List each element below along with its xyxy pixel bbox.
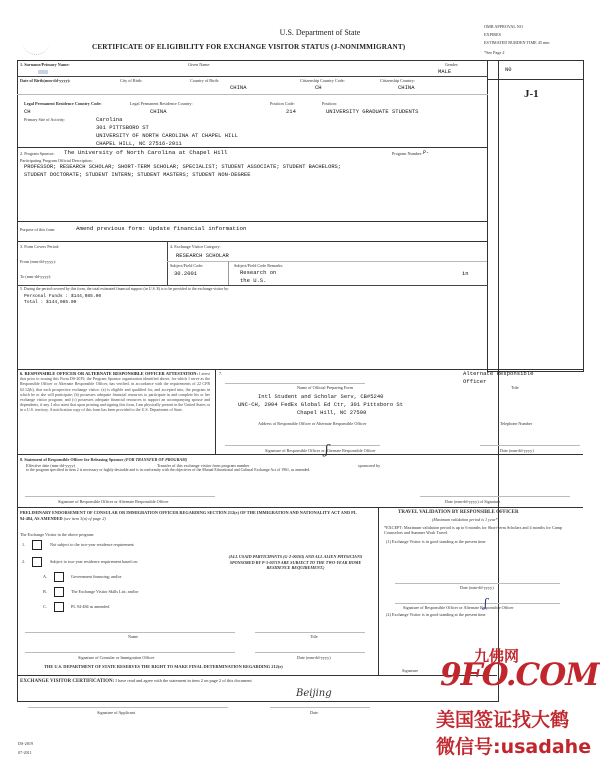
endorsement-title: PRELIMINARY ENDORSEMENT OF CONSULAR OR I…	[20, 510, 360, 521]
travel-signature-label: Signature of Responsible Officer or Alte…	[403, 605, 514, 610]
sponsored-by-label: sponsored by	[358, 463, 380, 468]
purpose-label: Purpose of this form:	[20, 227, 55, 232]
sub-option-c-label: PL 94-484 as amended	[71, 604, 109, 609]
releasing-sponsor-title: 8. Statement of Responsible Officer for …	[20, 457, 187, 462]
option-2-checkbox[interactable]	[32, 557, 42, 567]
citizenship-code-value: CH	[315, 84, 322, 91]
site-line-4: CHAPEL HILL, NC 27516-2911	[96, 140, 182, 147]
position-code-label: Position Code:	[270, 101, 295, 106]
travel-except-note: *EXCEPT: Maximum validation period is up…	[384, 525, 574, 535]
position-value: UNIVERSITY GRADUATE STUDENTS	[326, 108, 418, 115]
lpr-code-value: CH	[24, 108, 31, 115]
sub-option-a-label: Government financing; and/or	[71, 574, 122, 579]
see-page: *See Page 2	[484, 50, 504, 55]
sub-option-a-num: A.	[43, 574, 47, 579]
gender-value: MALE	[438, 68, 451, 75]
consular-signature-label: Signature of Consular or Immigration Off…	[78, 655, 154, 660]
address-label: Address of Responsible Officer or Altern…	[258, 421, 366, 426]
certification-title: EXCHANGE VISITOR CERTIFICATION:	[20, 679, 114, 684]
transfer-note: (FOR TRANSFER OF PROGRAM)	[124, 457, 187, 462]
sub-option-b-num: B.	[43, 589, 47, 594]
form-id: DS-2019	[18, 741, 33, 746]
sub-option-a-checkbox[interactable]	[54, 572, 64, 582]
transfer-conformity-text: to the program specified in item 2 is ne…	[26, 468, 310, 472]
title-label: Title	[511, 385, 519, 390]
program-number-value: P-	[423, 150, 429, 156]
sub-option-b-checkbox[interactable]	[54, 587, 64, 597]
sub-option-c-checkbox[interactable]	[54, 602, 64, 612]
lpr-code-label: Legal Permanent Residence Country Code:	[24, 101, 102, 106]
travel-item-2: (2) Exchange Visitor is in good standing…	[386, 612, 485, 617]
address-line-3: Chapel Hill, NC 27599	[297, 409, 366, 416]
title-value-line-1: Alternate Responsible	[463, 370, 534, 377]
ro-signature-label: Signature of Responsible Officer or Alte…	[265, 448, 376, 453]
watermark-logo: 9FO.COM	[440, 657, 599, 693]
given-name-label: Given Name:	[188, 62, 210, 67]
applicant-signature-label: Signature of Applicant	[97, 710, 135, 715]
department-name: U.S. Department of State	[0, 28, 600, 37]
travel-signature-label-2: Signature	[402, 668, 418, 673]
telephone-label: Telephone Number	[500, 421, 532, 426]
subject-code-label: Subject/Field Code:	[170, 263, 203, 268]
site-line-2: 301 PITTSBORO ST	[96, 124, 149, 131]
burden-time: ESTIMATED BURDEN TIME 45 min	[484, 40, 550, 45]
address-line-2: UNC-CH, 2004 FedEx Global Ed Ctr, 301 Pi…	[238, 401, 403, 408]
id-value: N0	[505, 66, 512, 73]
travel-signature-mark: ʃ	[484, 596, 487, 610]
site-line-3: UNIVERSITY OF NORTH CAROLINA AT CHAPEL H…	[96, 132, 238, 139]
subject-remarks-line-2: the U.S.	[240, 277, 266, 284]
sponsor-label: 2. Program Sponsor:	[20, 151, 55, 156]
program-description-label: Participating Program Official Descripti…	[20, 158, 93, 163]
certification-text: I have read and agree with the statement…	[115, 678, 251, 683]
gender-label: Gender:	[445, 62, 459, 67]
program-description-line-1: PROFESSOR; RESEARCH SCHOLAR; SHORT-TERM …	[24, 164, 341, 170]
attestation: 6. RESPONSIBLE OFFICER OR ALTERNATE RESP…	[20, 371, 210, 413]
purpose-value: Amend previous form: Update financial in…	[76, 225, 246, 232]
visitor-category-label: 4. Exchange Visitor Category:	[170, 244, 221, 249]
travel-validation-title: TRAVEL VALIDATION BY RESPONSIBLE OFFICER	[398, 510, 519, 515]
ro-signature-mark: ʃ	[325, 443, 329, 458]
seal-icon	[22, 40, 50, 55]
dob-label: Date of Birth(mm-dd-yyyy):	[20, 78, 70, 83]
from-date-label: From (mm-dd-yyyy):	[20, 259, 56, 264]
lpr-country-value: CHINA	[150, 108, 167, 115]
site-label: Primary Site of Activity:	[24, 117, 65, 122]
position-label: Position:	[322, 101, 337, 106]
form-date: 07-2011	[18, 750, 32, 755]
sub-option-b-label: The Exchange Visitor Skills List; and/or	[71, 589, 138, 594]
program-number-label: Program Number:	[392, 151, 422, 156]
to-date-label: To (mm-dd-yyyy):	[20, 274, 51, 279]
title-value-line-2: Officer	[463, 378, 487, 385]
citizenship-country-value: CHINA	[398, 84, 415, 91]
visitor-certification: EXCHANGE VISITOR CERTIFICATION: I have r…	[20, 678, 252, 684]
usaid-note: (ALL USAID PARTICIPANTS (G-2-00263) AND …	[218, 554, 373, 571]
certification-date-label: Date	[310, 710, 318, 715]
option-1-checkbox[interactable]	[32, 540, 42, 550]
endorsement-note: (see item 3(a) of page 2)	[64, 516, 106, 521]
visitor-category-value: RESEARCH SCHOLAR	[176, 252, 229, 259]
releasing-sponsor-title-text: 8. Statement of Responsible Officer for …	[20, 457, 123, 462]
official-name-label: Name of Official Preparing Form	[297, 385, 353, 390]
attestation-body: I attest that prior to issuing this Form…	[20, 371, 210, 412]
lpr-country-label: Legal Permanent Residence Country:	[130, 101, 193, 106]
citizenship-code-label: Citizenship Country Code:	[300, 78, 345, 83]
sub-option-c-num: C.	[43, 604, 47, 609]
form-title: CERTIFICATE OF ELIGIBILITY FOR EXCHANGE …	[92, 43, 405, 51]
releasing-date-label: Date (mm-dd-yyyy) of Signature	[445, 499, 500, 504]
travel-validation-subtitle: (Maximum validation period is 1 year*)	[432, 517, 499, 522]
option-1-label: Not subject to the two-year residence re…	[50, 542, 134, 547]
surname-redacted	[38, 70, 48, 74]
visa-type: J-1	[524, 88, 539, 100]
travel-item-1: (1) Exchange Visitor is in good standing…	[386, 539, 485, 544]
ro-date-label: Date (mm-dd-yyyy)	[500, 448, 534, 453]
watermark-line-1: 美国签证找大鹤	[436, 705, 569, 732]
visa-type-frame	[487, 60, 584, 372]
releasing-signature-label: Signature of Responsible Officer or Alte…	[58, 499, 169, 504]
city-birth-label: City of Birth:	[120, 78, 143, 83]
sponsor-value: The University of North Carolina at Chap…	[64, 149, 228, 156]
country-birth-value: CHINA	[230, 84, 247, 91]
subject-remarks-label: Subject/Field Code Remarks:	[234, 263, 283, 268]
section7-number: 7.	[219, 371, 222, 376]
consular-date-label: Date (mm-dd-yyyy)	[297, 655, 331, 660]
site-line-1: Carolina	[96, 116, 122, 123]
option-1-num: 1.	[22, 542, 25, 547]
financial-line-1: Personal Funds : $144,085.00	[24, 294, 101, 299]
expires: EXPIRES	[484, 32, 501, 37]
address-line-1: Intl Student and Scholar Serv, CB#5240	[258, 393, 383, 400]
handwritten-city: Beijing	[296, 688, 332, 699]
financial-line-2: Total : $144,085.00	[24, 300, 76, 305]
citizenship-country-label: Citizenship Country:	[380, 78, 415, 83]
officer-name-label: Name	[128, 634, 138, 639]
subject-remarks-suffix: in	[462, 270, 469, 277]
position-code-value: 214	[286, 108, 296, 115]
omb-approval: OMB APPROVAL NO	[484, 24, 523, 29]
option-2-num: 2.	[22, 559, 25, 564]
travel-date-label: Date (mm-dd-yyyy)	[460, 585, 494, 590]
country-birth-label: Country of Birth:	[190, 78, 219, 83]
surname-label: 1. Surname/Primary Name:	[20, 62, 70, 67]
financial-support-label: 5. During the period covered by this for…	[20, 287, 229, 291]
option-2-label: Subject to two-year residence requiremen…	[50, 559, 138, 564]
officer-title-label: Title	[310, 634, 318, 639]
watermark-line-2: 微信号:usadahe	[436, 732, 591, 759]
program-description-line-2: STUDENT DOCTORATE; STUDENT INTERN; STUDE…	[24, 172, 250, 178]
form-period-label: 3. Form Covers Period:	[20, 244, 59, 249]
subject-code-value: 30.2001	[174, 270, 197, 277]
subject-remarks-line-1: Research on	[240, 269, 276, 276]
endorsement-intro: The Exchange Visitor in the above progra…	[20, 532, 94, 537]
final-determination-notice: THE U.S. DEPARTMENT OF STATE RESERVES TH…	[44, 664, 283, 669]
